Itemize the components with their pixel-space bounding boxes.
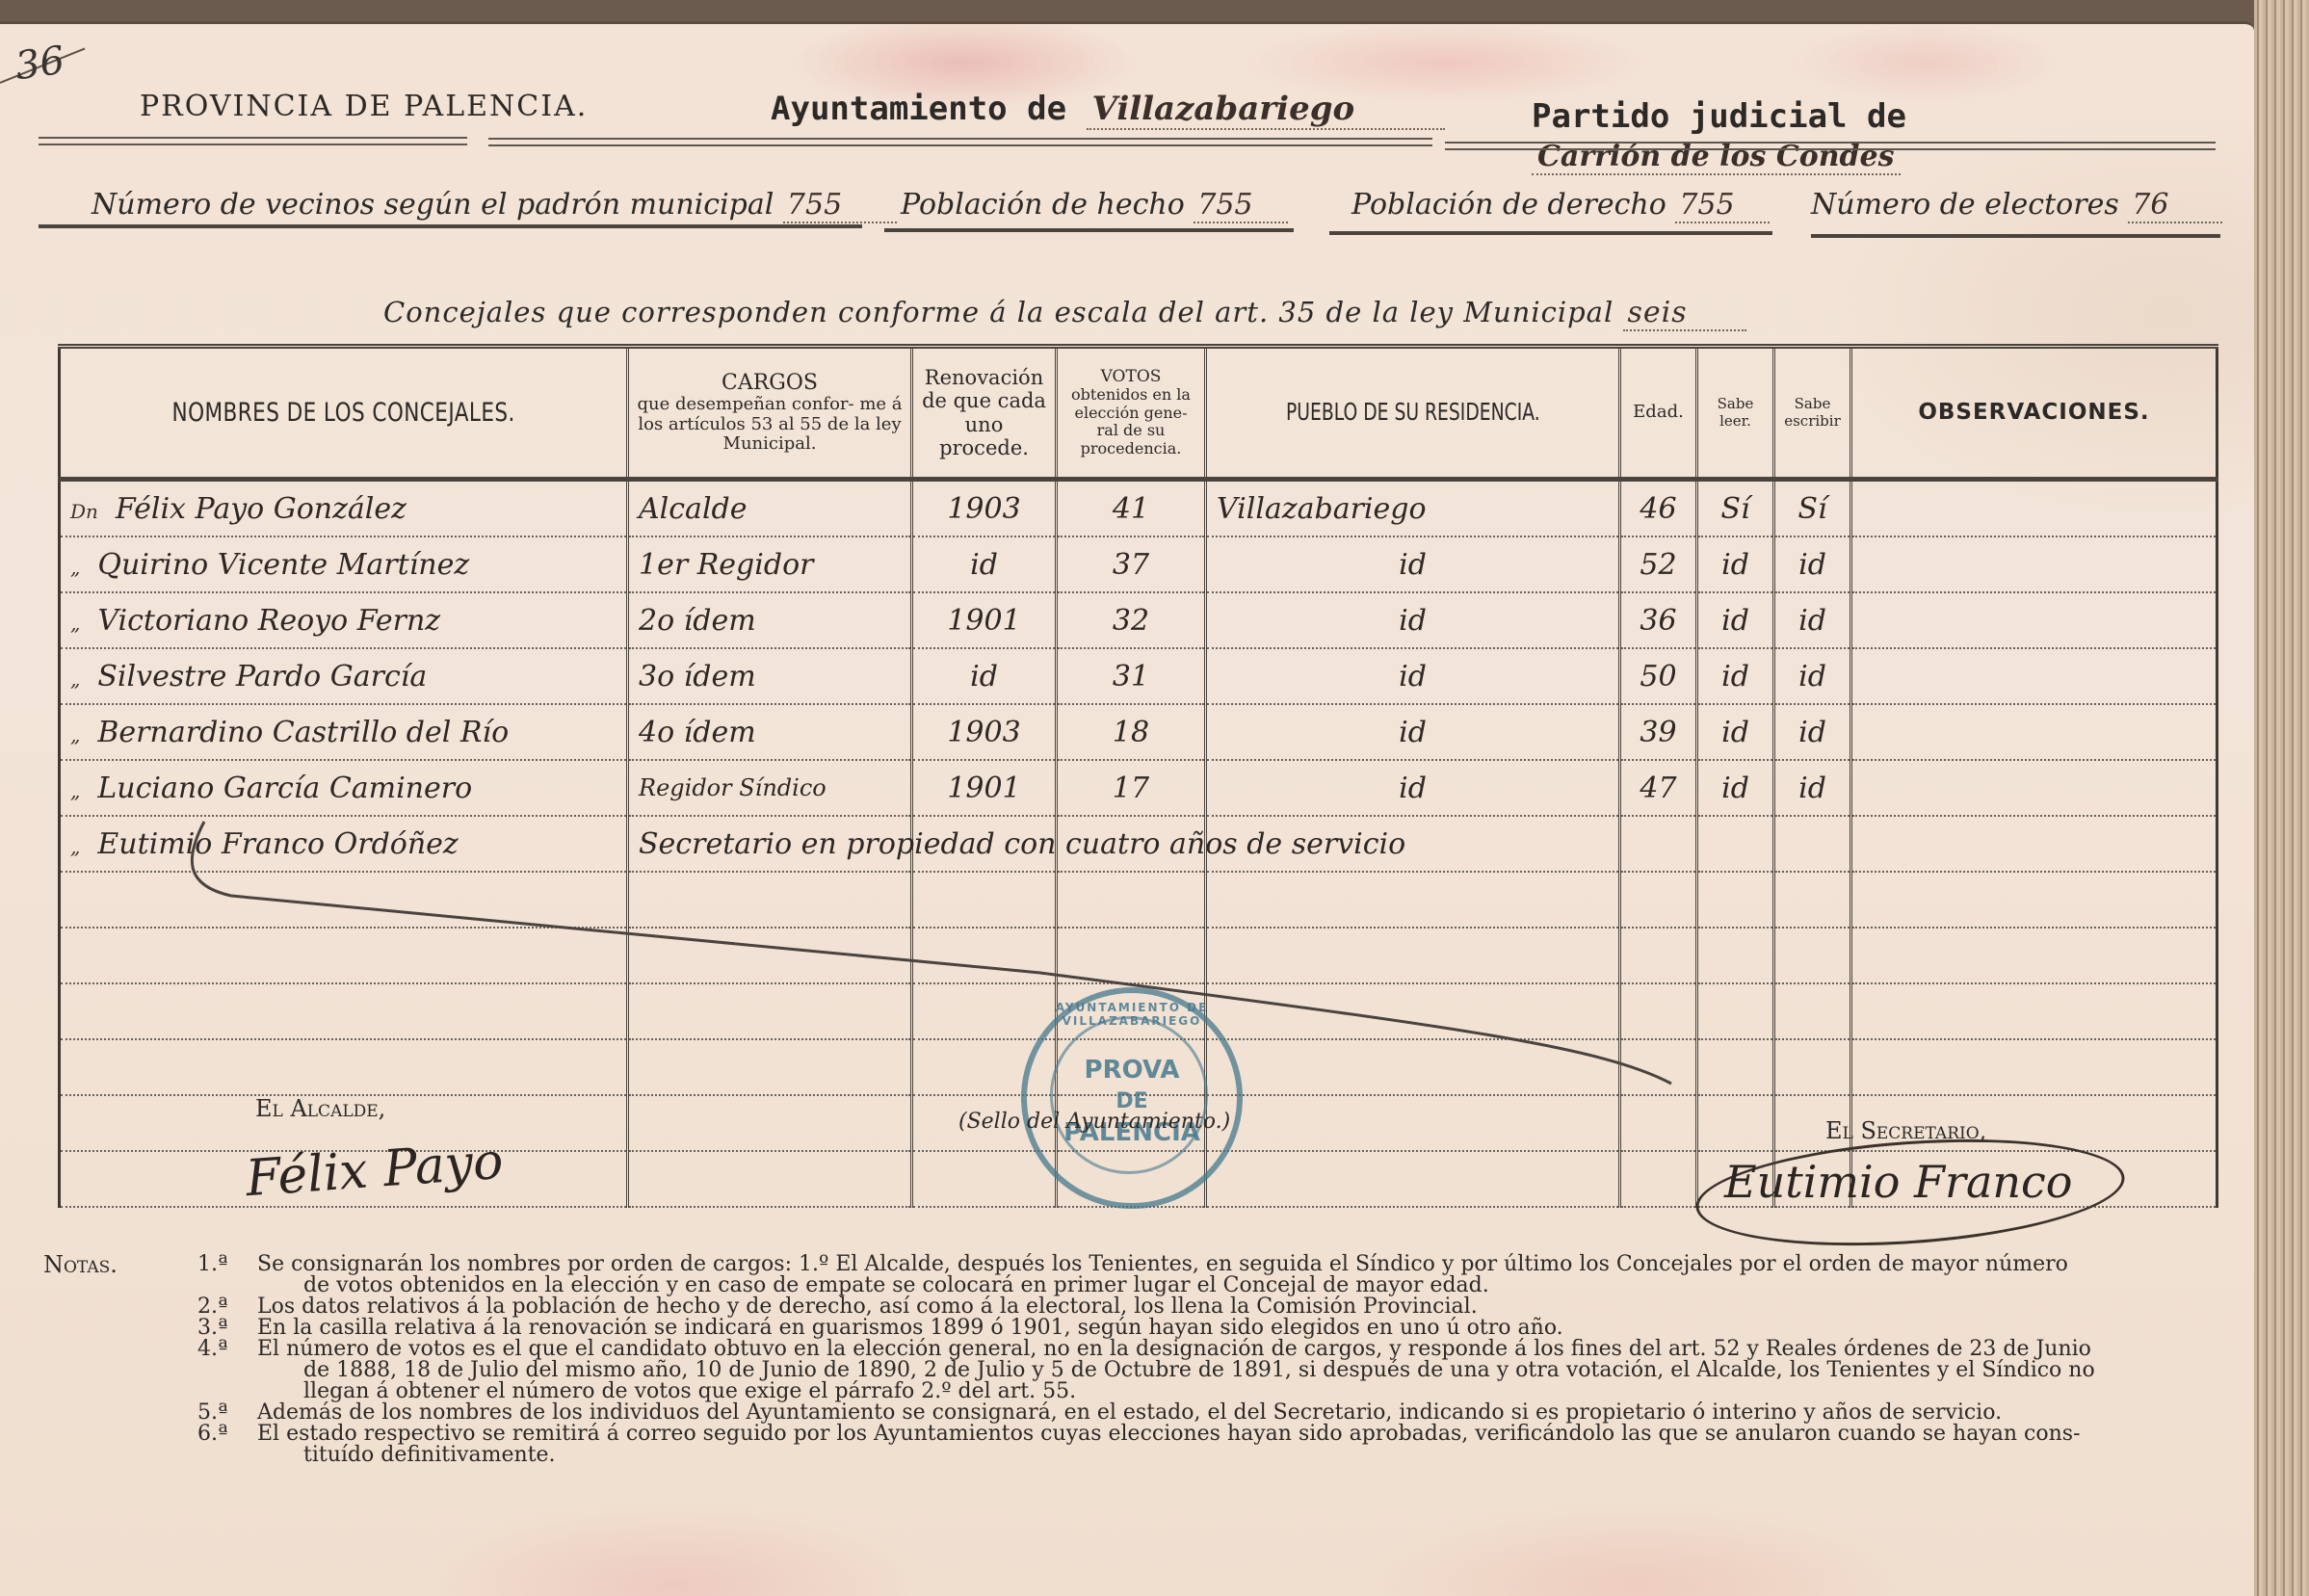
cell-cargo: 4o ídem bbox=[628, 704, 912, 760]
col-header-cargos: CARGOS que desempeñan confor- me á los a… bbox=[628, 347, 912, 480]
vecinos-label: Número de vecinos según el padrón munici… bbox=[92, 188, 774, 222]
row-prefix: „ bbox=[70, 612, 80, 635]
table-row: „Silvestre Pardo García 3o ídem id 31 id… bbox=[60, 648, 2217, 704]
cell-edad: 46 bbox=[1620, 480, 1697, 537]
col-header-votos-title: VOTOS bbox=[1062, 368, 1200, 387]
cell-sabe-leer: id bbox=[1697, 704, 1774, 760]
col-header-sabe-leer-text: Sabe leer. bbox=[1718, 395, 1754, 429]
table-row: „Luciano García Caminero Regidor Síndico… bbox=[60, 760, 2217, 816]
cell-edad: 50 bbox=[1620, 648, 1697, 704]
cell-sabe-escribir: id bbox=[1774, 704, 1851, 760]
cell-renovacion: 1903 bbox=[912, 704, 1057, 760]
col-header-pueblo-text: PUEBLO DE SU RESIDENCIA. bbox=[1286, 399, 1540, 427]
stats-rule bbox=[1811, 234, 2220, 238]
col-header-pueblo: PUEBLO DE SU RESIDENCIA. bbox=[1206, 347, 1620, 480]
col-header-renovacion-text: Renovación de que cada uno procede. bbox=[922, 366, 1046, 458]
cell-sabe-leer bbox=[1697, 816, 1774, 872]
cell-sabe-leer: Sí bbox=[1697, 480, 1774, 537]
cell-nombre: „Eutimio Franco Ordóñez bbox=[60, 816, 628, 872]
table-row: „Quirino Vicente Martínez 1er Regidor id… bbox=[60, 536, 2217, 592]
table-row-empty bbox=[60, 928, 2217, 983]
cell-sabe-escribir: Sí bbox=[1774, 480, 1851, 537]
partido-label-text: Partido judicial de bbox=[1532, 97, 1906, 136]
sello-label: (Sello del Ayuntamiento.) bbox=[958, 1110, 1230, 1134]
cell-cargo: 1er Regidor bbox=[628, 536, 912, 592]
note-text-cont: llegan á obtener el número de votos que … bbox=[303, 1381, 2259, 1402]
col-header-sabe-leer: Sabe leer. bbox=[1697, 347, 1774, 480]
stats-rule bbox=[884, 228, 1294, 232]
electores-label: Número de electores bbox=[1811, 188, 2119, 222]
cell-edad: 39 bbox=[1620, 704, 1697, 760]
cell-pueblo: id bbox=[1206, 760, 1620, 816]
row-prefix: „ bbox=[70, 667, 80, 691]
cell-nombre: „Silvestre Pardo García bbox=[60, 648, 628, 704]
cell-votos: 37 bbox=[1057, 536, 1206, 592]
derecho-value: 755 bbox=[1675, 188, 1770, 223]
note-number: 5.ª bbox=[197, 1402, 255, 1424]
table-row: „Victoriano Reoyo Fernz 2o ídem 1901 32 … bbox=[60, 592, 2217, 648]
seal-line-1: PROVA bbox=[1027, 1056, 1237, 1085]
cell-edad: 52 bbox=[1620, 536, 1697, 592]
note-text: El estado respectivo se remitirá á corre… bbox=[257, 1424, 2213, 1445]
note-text-cont: de 1888, 18 de Julio del mismo año, 10 d… bbox=[303, 1360, 2259, 1381]
ayuntamiento-label-text: Ayuntamiento de bbox=[771, 90, 1066, 128]
cell-observaciones bbox=[1851, 760, 2217, 816]
vecinos-field: Número de vecinos según el padrón munici… bbox=[92, 188, 897, 223]
cell-sabe-leer: id bbox=[1697, 592, 1774, 648]
cell-edad bbox=[1620, 816, 1697, 872]
col-header-votos: VOTOS obtenidos en la elección gene- ral… bbox=[1057, 347, 1206, 480]
col-header-edad-text: Edad. bbox=[1633, 402, 1684, 422]
col-header-cargos-sub: que desempeñan confor- me á los artículo… bbox=[637, 394, 902, 454]
nombre-value: Victoriano Reoyo Fernz bbox=[97, 604, 440, 638]
cell-sabe-leer: id bbox=[1697, 760, 1774, 816]
cell-sabe-leer: id bbox=[1697, 536, 1774, 592]
table-row-empty bbox=[60, 872, 2217, 928]
row-prefix: Dn bbox=[70, 500, 98, 523]
col-header-renovacion: Renovación de que cada uno procede. bbox=[912, 347, 1057, 480]
nombre-value: Eutimio Franco Ordóñez bbox=[97, 827, 458, 861]
hecho-label: Población de hecho bbox=[901, 188, 1185, 222]
col-header-nombres: NOMBRES DE LOS CONCEJALES. bbox=[60, 347, 628, 480]
cell-pueblo: Villazabariego bbox=[1206, 480, 1620, 537]
municipal-seal-stamp: AYUNTAMIENTO DE VILLAZABARIEGO PROVA DE … bbox=[1021, 987, 1243, 1209]
hecho-value: 755 bbox=[1194, 188, 1288, 223]
cell-pueblo: id bbox=[1206, 648, 1620, 704]
cell-sabe-escribir: id bbox=[1774, 536, 1851, 592]
cell-observaciones bbox=[1851, 592, 2217, 648]
note-text-cont: de votos obtenidos en la elección y en c… bbox=[303, 1275, 2259, 1296]
row-prefix: „ bbox=[70, 723, 80, 746]
derecho-label: Población de derecho bbox=[1351, 188, 1666, 222]
poblacion-hecho-field: Población de hecho 755 bbox=[901, 188, 1288, 223]
cell-votos: 17 bbox=[1057, 760, 1206, 816]
table-row: „Bernardino Castrillo del Río 4o ídem 19… bbox=[60, 704, 2217, 760]
cell-nombre: „Victoriano Reoyo Fernz bbox=[60, 592, 628, 648]
row-prefix: „ bbox=[70, 779, 80, 802]
header-rule bbox=[488, 138, 1432, 146]
cell-nombre: DnFélix Payo González bbox=[60, 480, 628, 537]
nombre-value: Silvestre Pardo García bbox=[97, 660, 427, 693]
cell-renovacion: 1903 bbox=[912, 480, 1057, 537]
cell-votos: 31 bbox=[1057, 648, 1206, 704]
document-page: 36 PROVINCIA DE PALENCIA. Ayuntamiento d… bbox=[0, 21, 2254, 1596]
note-number: 2.ª bbox=[197, 1296, 255, 1318]
cell-pueblo: id bbox=[1206, 536, 1620, 592]
cell-renovacion: id bbox=[912, 536, 1057, 592]
table-header-row: NOMBRES DE LOS CONCEJALES. CARGOS que de… bbox=[60, 347, 2217, 480]
alcalde-label: El Alcalde, bbox=[255, 1095, 385, 1122]
stats-rule bbox=[1329, 231, 1772, 235]
cell-pueblo: id bbox=[1206, 592, 1620, 648]
cell-cargo: Alcalde bbox=[628, 480, 912, 537]
col-header-observaciones-text: OBSERVACIONES. bbox=[1918, 400, 2149, 425]
electores-field: Número de electores 76 bbox=[1811, 188, 2222, 223]
seal-ring-text: AYUNTAMIENTO DE VILLAZABARIEGO bbox=[1027, 1001, 1237, 1028]
cell-observaciones bbox=[1851, 648, 2217, 704]
note-text-cont: tituído definitivamente. bbox=[303, 1445, 2259, 1466]
table-row: DnFélix Payo González Alcalde 1903 41 Vi… bbox=[60, 480, 2217, 537]
ayuntamiento-value: Villazabariego bbox=[1087, 90, 1445, 130]
cell-nombre: „Luciano García Caminero bbox=[60, 760, 628, 816]
note-text: En la casilla relativa á la renovación s… bbox=[257, 1318, 2213, 1339]
note-text: Además de los nombres de los individuos … bbox=[257, 1402, 2213, 1424]
cell-cargo: 2o ídem bbox=[628, 592, 912, 648]
header-rule bbox=[1445, 142, 2216, 150]
row-prefix: „ bbox=[70, 835, 80, 858]
stats-rule bbox=[39, 224, 862, 228]
cell-observaciones bbox=[1851, 704, 2217, 760]
cell-sabe-escribir: id bbox=[1774, 760, 1851, 816]
cell-nombre: „Bernardino Castrillo del Río bbox=[60, 704, 628, 760]
col-header-observaciones: OBSERVACIONES. bbox=[1851, 347, 2217, 480]
note-number: 1.ª bbox=[197, 1254, 255, 1275]
cell-edad: 47 bbox=[1620, 760, 1697, 816]
electores-value: 76 bbox=[2128, 188, 2222, 223]
col-header-edad: Edad. bbox=[1620, 347, 1697, 480]
nombre-value: Bernardino Castrillo del Río bbox=[97, 716, 509, 749]
cell-sabe-escribir bbox=[1774, 816, 1851, 872]
cell-pueblo: id bbox=[1206, 704, 1620, 760]
poblacion-derecho-field: Población de derecho 755 bbox=[1351, 188, 1770, 223]
col-header-nombres-text: NOMBRES DE LOS CONCEJALES. bbox=[171, 398, 514, 428]
cell-observaciones bbox=[1851, 816, 2217, 872]
col-header-votos-sub: obtenidos en la elección gene- ral de su… bbox=[1071, 385, 1191, 457]
col-header-sabe-escribir-text: Sabe escribir bbox=[1784, 395, 1841, 429]
book-page-edges bbox=[2254, 0, 2309, 1596]
cell-renovacion: id bbox=[912, 648, 1057, 704]
concejales-scale-label: Concejales que corresponden conforme á l… bbox=[383, 296, 1614, 328]
cell-renovacion: 1901 bbox=[912, 592, 1057, 648]
nombre-value: Luciano García Caminero bbox=[97, 772, 472, 805]
note-text: El número de votos es el que el candidat… bbox=[257, 1339, 2213, 1360]
header-rule bbox=[39, 137, 467, 145]
concejales-scale-line: Concejales que corresponden conforme á l… bbox=[383, 296, 1746, 331]
nombre-value: Quirino Vicente Martínez bbox=[97, 548, 469, 582]
cell-edad: 36 bbox=[1620, 592, 1697, 648]
nombre-value: Félix Payo González bbox=[116, 492, 407, 526]
note-text: Se consignarán los nombres por orden de … bbox=[257, 1254, 2213, 1275]
cell-votos: 18 bbox=[1057, 704, 1206, 760]
cell-cargo-secretario-note: Secretario en propiedad con cuatro años … bbox=[628, 816, 912, 872]
cell-sabe-escribir: id bbox=[1774, 648, 1851, 704]
col-header-cargos-title: CARGOS bbox=[633, 371, 906, 395]
concejales-scale-value: seis bbox=[1623, 296, 1746, 331]
notes-label: Notas. bbox=[43, 1254, 118, 1275]
vecinos-value: 755 bbox=[783, 188, 897, 223]
table-row: „Eutimio Franco Ordóñez Secretario en pr… bbox=[60, 816, 2217, 872]
cell-nombre: „Quirino Vicente Martínez bbox=[60, 536, 628, 592]
ayuntamiento-label: Ayuntamiento de Villazabariego bbox=[771, 90, 1445, 130]
note-number: 3.ª bbox=[197, 1318, 255, 1339]
cell-votos: 32 bbox=[1057, 592, 1206, 648]
note-number: 6.ª bbox=[197, 1424, 255, 1445]
cell-sabe-escribir: id bbox=[1774, 592, 1851, 648]
col-header-sabe-escribir: Sabe escribir bbox=[1774, 347, 1851, 480]
cell-cargo: 3o ídem bbox=[628, 648, 912, 704]
cell-sabe-leer: id bbox=[1697, 648, 1774, 704]
cell-observaciones bbox=[1851, 536, 2217, 592]
cell-cargo: Regidor Síndico bbox=[628, 760, 912, 816]
cell-votos: 41 bbox=[1057, 480, 1206, 537]
folio-number: 36 bbox=[13, 39, 67, 90]
row-prefix: „ bbox=[70, 556, 80, 579]
cell-renovacion: 1901 bbox=[912, 760, 1057, 816]
note-text: Los datos relativos á la población de he… bbox=[257, 1296, 2213, 1318]
partido-judicial-label: Partido judicial de Carrión de los Conde… bbox=[1532, 97, 2220, 175]
province-title: PROVINCIA DE PALENCIA. bbox=[140, 90, 588, 123]
cell-observaciones bbox=[1851, 480, 2217, 537]
secretario-signature: Eutimio Franco bbox=[1724, 1156, 2072, 1208]
note-number: 4.ª bbox=[197, 1339, 255, 1360]
